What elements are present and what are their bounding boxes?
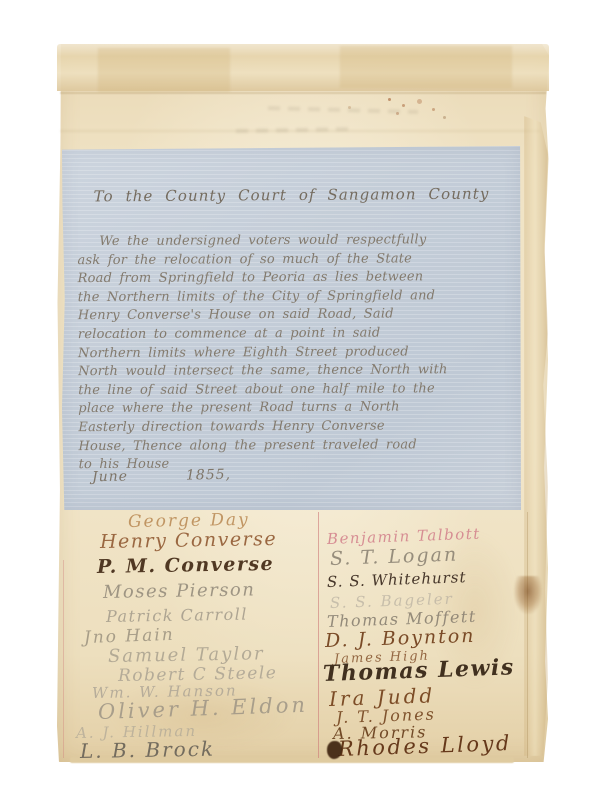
blue-petition-sheet: To the County Court of Sangamon County W… bbox=[62, 146, 521, 510]
petition-body-line: We the undersigned voters would respectf… bbox=[77, 231, 508, 252]
petition-body-line: the Northern limits of the City of Sprin… bbox=[78, 287, 509, 308]
document-photo: To the County Court of Sangamon County W… bbox=[0, 0, 600, 800]
petition-body-line: North would intersect the same, thence N… bbox=[78, 361, 509, 382]
signature-lb-brock: L. B. Brock bbox=[80, 737, 215, 763]
petition-body-line: Road from Springfield to Peoria as lies … bbox=[78, 268, 509, 289]
petition-body-line: House, Thence along the present traveled… bbox=[78, 435, 509, 456]
petition-date: June 1855, bbox=[92, 467, 231, 485]
margin-rule bbox=[63, 560, 64, 758]
petition-date-year: 1855, bbox=[186, 467, 231, 484]
petition-body-line: the line of said Street about one half m… bbox=[78, 380, 509, 401]
petition-date-month: June bbox=[92, 469, 128, 486]
signature-henry-converse: Henry Converse bbox=[100, 528, 278, 553]
petition-body-line: Easterly direction towards Henry Convers… bbox=[78, 417, 509, 438]
signature-patrick-carroll: Patrick Carroll bbox=[106, 605, 248, 626]
petition-heading: To the County Court of Sangamon County bbox=[62, 184, 521, 205]
paper-crease bbox=[527, 512, 528, 758]
petition-body-line: ask for the relocation of so much of the… bbox=[77, 249, 508, 270]
column-divider-rule bbox=[318, 512, 319, 758]
signature-moses-pierson: Moses Pierson bbox=[103, 579, 256, 603]
petition-body-line: Northern limits where Eighth Street prod… bbox=[78, 342, 509, 363]
petition-body-line: Henry Converse's House on said Road, Sai… bbox=[78, 305, 509, 326]
paper-crease bbox=[60, 92, 546, 94]
signature-pm-converse: P. M. Converse bbox=[97, 553, 275, 578]
tape-residue bbox=[340, 46, 512, 88]
petition-body-line: relocation to commence at a point in sai… bbox=[78, 324, 509, 345]
tape-residue bbox=[98, 48, 230, 92]
signature-st-logan: S. T. Logan bbox=[330, 544, 459, 570]
petition-body-line: place where the present Road turns a Nor… bbox=[78, 398, 509, 419]
petition-body: We the undersigned voters would respectf… bbox=[77, 231, 509, 475]
